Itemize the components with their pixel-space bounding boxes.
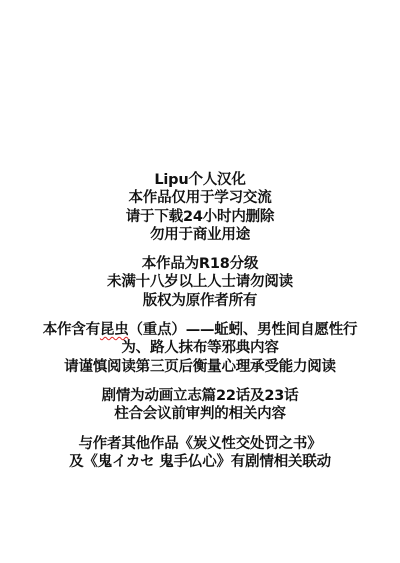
notice-text-block: Lipu个人汉化 本作品仅用于学习交流 请于下载24小时内删除 勿用于商业用途 … xyxy=(0,171,400,482)
notice-line: 及《鬼イカセ 鬼手仏心》有剧情相关联动 xyxy=(0,453,400,471)
notice-line: 柱合会议前审判的相关内容 xyxy=(0,405,400,423)
notice-line: 勿用于商业用途 xyxy=(0,226,400,244)
notice-line: 本作品为R18分级 xyxy=(0,255,400,273)
notice-line: 剧情为动画立志篇22话及23话 xyxy=(0,387,400,405)
notice-line: 未满十八岁以上人士请勿阅读 xyxy=(0,273,400,291)
notice-line: 版权为原作者所有 xyxy=(0,292,400,310)
warning-suffix: （重点）——蚯蚓、男性间自愿性行 xyxy=(129,322,358,338)
spellcheck-highlight: 昆虫 xyxy=(100,322,129,338)
translation-group-notice: Lipu个人汉化 本作品仅用于学习交流 请于下载24小时内删除 勿用于商业用途 xyxy=(0,171,400,244)
notice-line: 请于下载24小时内删除 xyxy=(0,208,400,226)
content-warning: 本作含有昆虫（重点）——蚯蚓、男性间自愿性行 为、路人抹布等邪典内容 请谨慎阅读… xyxy=(0,321,400,376)
notice-line: 本作含有昆虫（重点）——蚯蚓、男性间自愿性行 xyxy=(0,321,400,339)
rating-notice: 本作品为R18分级 未满十八岁以上人士请勿阅读 版权为原作者所有 xyxy=(0,255,400,310)
notice-line: 请谨慎阅读第三页后衡量心理承受能力阅读 xyxy=(0,358,400,376)
related-works: 与作者其他作品《炭义性交处罚之书》 及《鬼イカセ 鬼手仏心》有剧情相关联动 xyxy=(0,435,400,472)
warning-prefix: 本作含有 xyxy=(43,322,100,338)
story-context: 剧情为动画立志篇22话及23话 柱合会议前审判的相关内容 xyxy=(0,387,400,424)
notice-line: 与作者其他作品《炭义性交处罚之书》 xyxy=(0,435,400,453)
notice-line: 为、路人抹布等邪典内容 xyxy=(0,339,400,357)
notice-line: 本作品仅用于学习交流 xyxy=(0,189,400,207)
notice-line: Lipu个人汉化 xyxy=(0,171,400,189)
